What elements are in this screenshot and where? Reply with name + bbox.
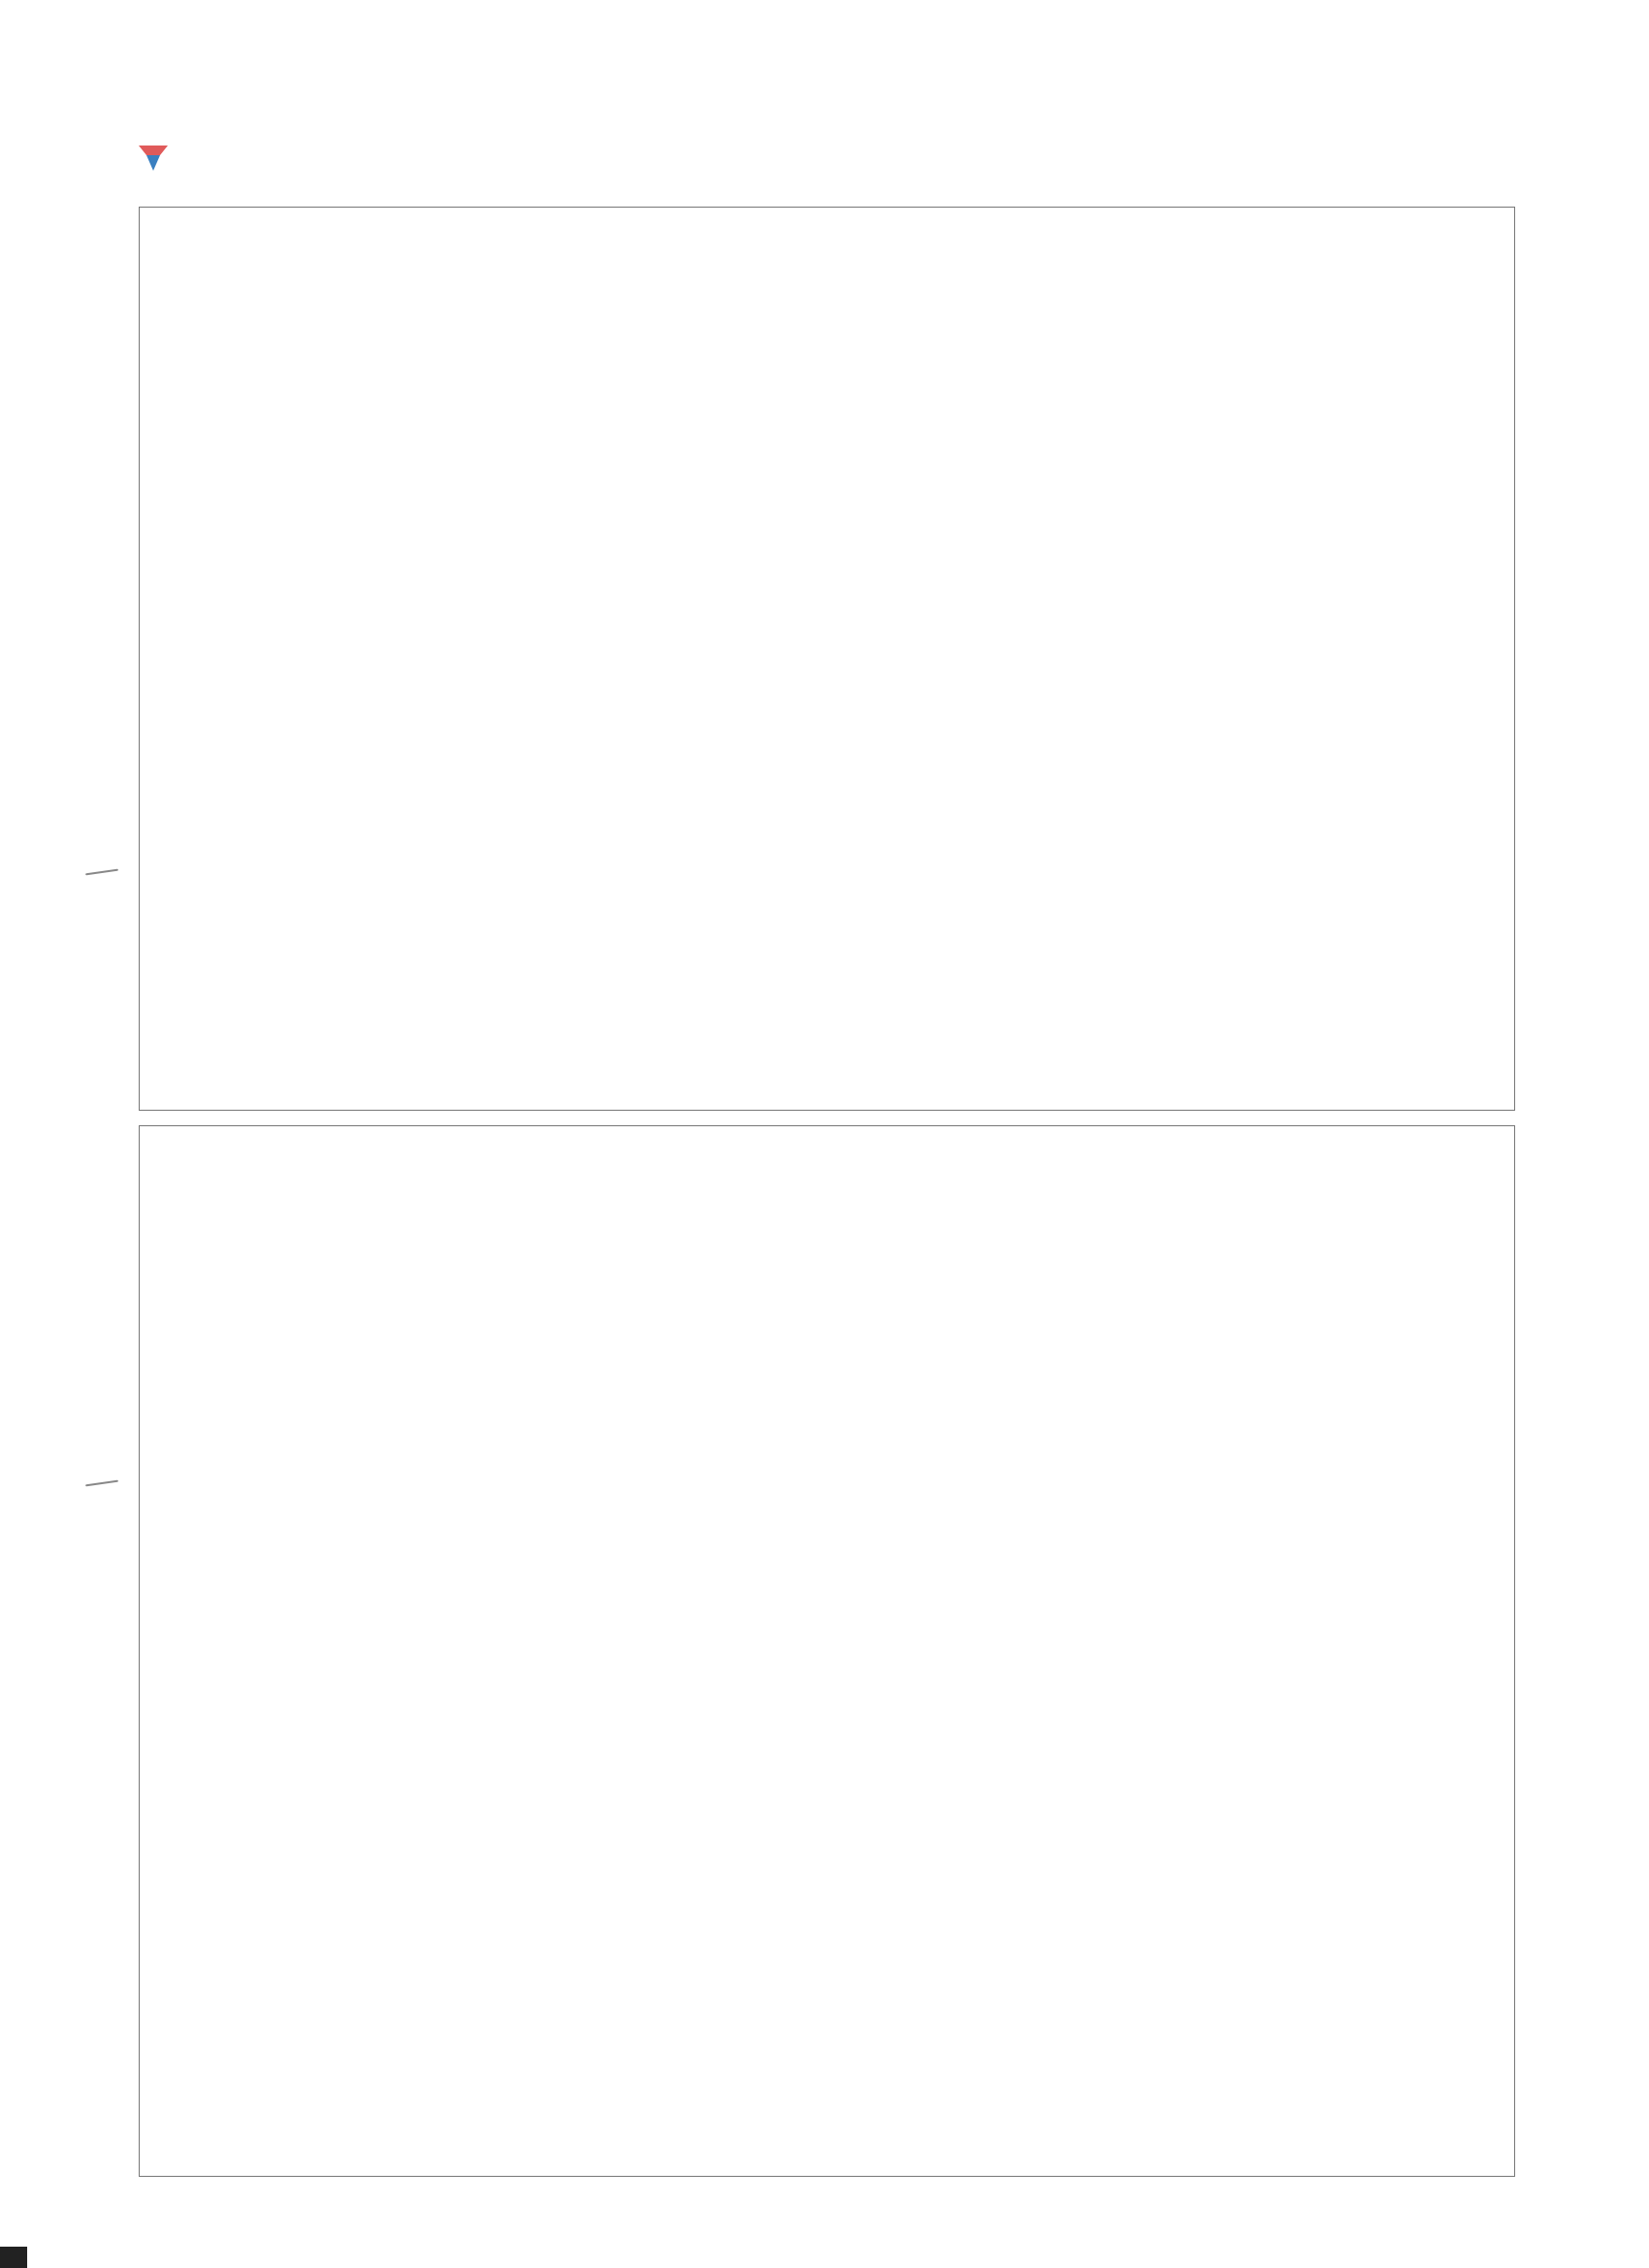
logo-triangle-icon: [139, 146, 168, 171]
scan-edge-artifact: [0, 2247, 27, 2268]
claim-2-tail: [139, 207, 1515, 1111]
claim-3: [139, 1125, 1515, 2177]
pen-mark: [85, 869, 118, 876]
pen-mark: [85, 1480, 118, 1487]
justice-logo: [139, 146, 170, 171]
